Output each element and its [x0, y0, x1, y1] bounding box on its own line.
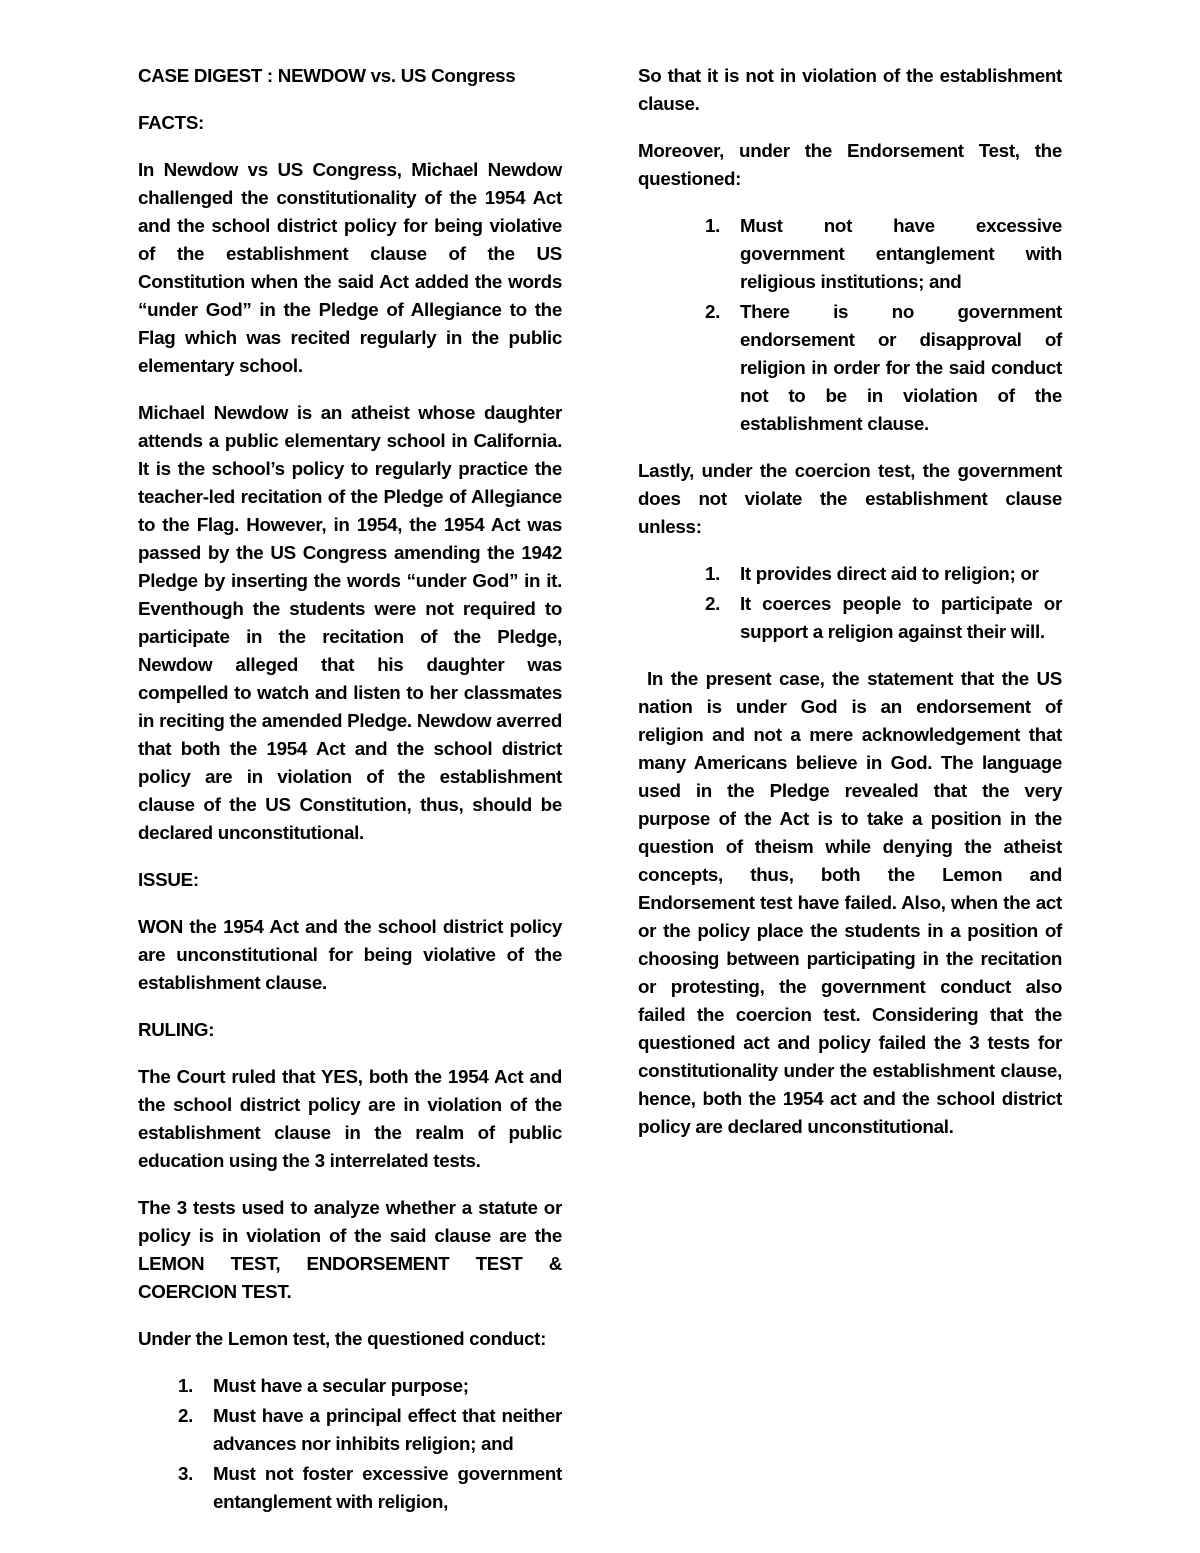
lemon-list-item-3: 3. Must not foster excessive government …: [178, 1460, 562, 1516]
facts-heading: FACTS:: [138, 109, 562, 137]
document-page: CASE DIGEST : NEWDOW vs. US Congress FAC…: [0, 0, 1200, 1553]
list-item-text: It provides direct aid to religion; or: [740, 560, 1062, 588]
lemon-item-continuation: So that it is not in violation of the es…: [638, 62, 1062, 118]
facts-paragraph-1: In Newdow vs US Congress, Michael Newdow…: [138, 156, 562, 380]
endorsement-list-item-1: 1. Must not have excessive government en…: [705, 212, 1062, 296]
ruling-paragraph-1: The Court ruled that YES, both the 1954 …: [138, 1063, 562, 1175]
list-item-number: 3.: [178, 1460, 213, 1516]
list-item-number: 2.: [178, 1402, 213, 1458]
lemon-test-intro: Under the Lemon test, the questioned con…: [138, 1325, 562, 1353]
conclusion-paragraph: In the present case, the statement that …: [638, 665, 1062, 1141]
list-item-text: Must have a secular purpose;: [213, 1372, 562, 1400]
list-item-text: There is no government endorsement or di…: [740, 298, 1062, 438]
left-column: CASE DIGEST : NEWDOW vs. US Congress FAC…: [138, 62, 562, 1535]
endorsement-test-list: 1. Must not have excessive government en…: [638, 212, 1062, 438]
list-item-number: 1.: [705, 560, 740, 588]
list-item-text: Must not have excessive government entan…: [740, 212, 1062, 296]
coercion-test-list: 1. It provides direct aid to religion; o…: [638, 560, 1062, 646]
endorsement-test-intro: Moreover, under the Endorsement Test, th…: [638, 137, 1062, 193]
ruling-heading: RULING:: [138, 1016, 562, 1044]
two-column-layout: CASE DIGEST : NEWDOW vs. US Congress FAC…: [138, 62, 1062, 1535]
list-item-text: It coerces people to participate or supp…: [740, 590, 1062, 646]
lemon-test-list: 1. Must have a secular purpose; 2. Must …: [138, 1372, 562, 1516]
right-column: So that it is not in violation of the es…: [638, 62, 1062, 1535]
list-item-number: 2.: [705, 590, 740, 646]
list-item-number: 1.: [705, 212, 740, 296]
endorsement-list-item-2: 2. There is no government endorsement or…: [705, 298, 1062, 438]
ruling-paragraph-2: The 3 tests used to analyze whether a st…: [138, 1194, 562, 1306]
list-item-number: 1.: [178, 1372, 213, 1400]
issue-heading: ISSUE:: [138, 866, 562, 894]
lemon-list-item-2: 2. Must have a principal effect that nei…: [178, 1402, 562, 1458]
case-title: CASE DIGEST : NEWDOW vs. US Congress: [138, 62, 562, 90]
coercion-list-item-2: 2. It coerces people to participate or s…: [705, 590, 1062, 646]
lemon-list-item-1: 1. Must have a secular purpose;: [178, 1372, 562, 1400]
list-item-number: 2.: [705, 298, 740, 438]
list-item-text: Must have a principal effect that neithe…: [213, 1402, 562, 1458]
issue-paragraph: WON the 1954 Act and the school district…: [138, 913, 562, 997]
list-item-text: Must not foster excessive government ent…: [213, 1460, 562, 1516]
coercion-test-intro: Lastly, under the coercion test, the gov…: [638, 457, 1062, 541]
facts-paragraph-2: Michael Newdow is an atheist whose daugh…: [138, 399, 562, 847]
coercion-list-item-1: 1. It provides direct aid to religion; o…: [705, 560, 1062, 588]
